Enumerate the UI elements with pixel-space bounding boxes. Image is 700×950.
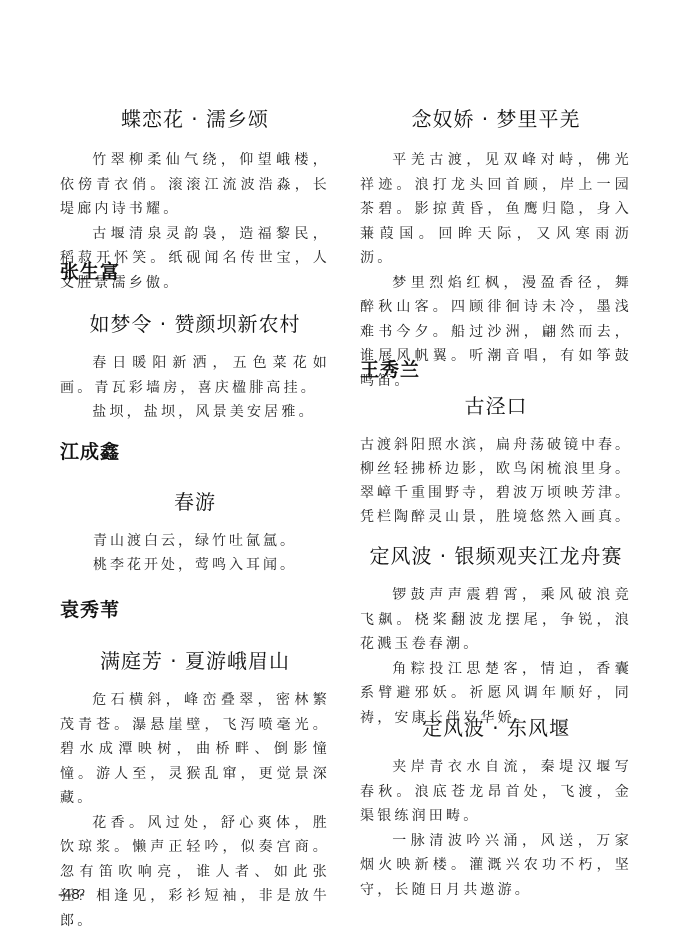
poem-line: 青山渡白云，绿竹吐氤氲。	[60, 529, 330, 553]
poem-paragraph: 竹翠柳柔仙气绕，仰望峨楼，依傍青衣俏。滚滚江流波浩淼，长堤廊内诗书耀。	[60, 148, 330, 222]
author-name: 张生富	[60, 257, 330, 284]
poem-paragraph: 锣鼓声声震碧霄，乘风破浪竞飞飙。桡桨翻波龙摆尾，争锐，浪花溅玉卷春潮。	[360, 583, 632, 657]
poem-ding-feng-bo-dong-feng-yan: 定风波 · 东风堰 夹岸青衣水自流，秦堤汉堰写春秋。浪底苍龙昂首处，飞渡，金渠银…	[360, 712, 632, 902]
poem-chun-you: 春游 青山渡白云，绿竹吐氤氲。 桃李花开处，莺鸣入耳闻。	[60, 486, 330, 577]
poem-title: 满庭芳 · 夏游峨眉山	[60, 645, 330, 674]
page-number: -48-	[58, 886, 85, 903]
poem-line: 柳丝轻拂桥边影，欧鸟闲梳浪里身。	[360, 457, 632, 481]
poem-ding-feng-bo-long-zhou: 定风波 · 银频观夹江龙舟赛 锣鼓声声震碧霄，乘风破浪竞飞飙。桡桨翻波龙摆尾，争…	[360, 540, 632, 730]
poem-line: 桃李花开处，莺鸣入耳闻。	[60, 553, 330, 577]
poem-line: 凭栏陶醉灵山景，胜境悠然入画真。	[360, 505, 632, 529]
poem-paragraph: 盐坝，盐坝，风景美安居雅。	[60, 400, 330, 425]
poem-title: 定风波 · 东风堰	[360, 712, 632, 741]
poem-line: 翠嶂千重围野寺，碧波万顷映芳津。	[360, 481, 632, 505]
author-name: 王秀兰	[360, 355, 632, 382]
poem-paragraph: 夹岸青衣水自流，秦堤汉堰写春秋。浪底苍龙昂首处，飞渡，金渠银练润田畴。	[360, 755, 632, 829]
poem-title: 如梦令 · 赞颜坝新农村	[60, 308, 330, 337]
poem-title: 春游	[60, 486, 330, 515]
author-name: 江成鑫	[60, 437, 330, 464]
poem-title: 定风波 · 银频观夹江龙舟赛	[360, 540, 632, 569]
poem-paragraph: 花香。风过处，舒心爽体，胜饮琼浆。懒声正轻吟，似奏宫商。忽有笛吹响亮，谁人者、如…	[60, 811, 330, 934]
poem-man-ting-fang: 满庭芳 · 夏游峨眉山 危石横斜，峰峦叠翠，密林繁茂青苍。瀑悬崖壁，飞泻喷毫光。…	[60, 645, 330, 933]
poem-paragraph: 危石横斜，峰峦叠翠，密林繁茂青苍。瀑悬崖壁，飞泻喷毫光。碧水成潭映树，曲桥畔、倒…	[60, 688, 330, 811]
poem-title: 蝶恋花 · 濡乡颂	[60, 103, 330, 132]
poem-paragraph: 平羌古渡，见双峰对峙，佛光祥迹。浪打龙头回首顾，岸上一园茶碧。影掠黄昏，鱼鹰归隐…	[360, 148, 632, 271]
poem-title: 念奴娇 · 梦里平羌	[360, 103, 632, 132]
poem-line: 古渡斜阳照水滨，扁舟荡破镜中春。	[360, 433, 632, 457]
poem-gu-jing-kou: 古泾口 古渡斜阳照水滨，扁舟荡破镜中春。 柳丝轻拂桥边影，欧鸟闲梳浪里身。 翠嶂…	[360, 390, 632, 529]
poem-title: 古泾口	[360, 390, 632, 419]
poem-paragraph: 一脉清波吟兴涌，风送，万家烟火映新楼。灌溉兴农功不朽，坚守，长随日月共遨游。	[360, 829, 632, 903]
poem-paragraph: 春日暖阳新洒，五色菜花如画。青瓦彩墙房，喜庆楹腓高挂。	[60, 351, 330, 400]
poem-ru-meng-ling: 如梦令 · 赞颜坝新农村 春日暖阳新洒，五色菜花如画。青瓦彩墙房，喜庆楹腓高挂。…	[60, 308, 330, 425]
poem-nian-nu-jiao: 念奴娇 · 梦里平羌 平羌古渡，见双峰对峙，佛光祥迹。浪打龙头回首顾，岸上一园茶…	[360, 103, 632, 393]
author-name: 袁秀苇	[60, 595, 330, 622]
